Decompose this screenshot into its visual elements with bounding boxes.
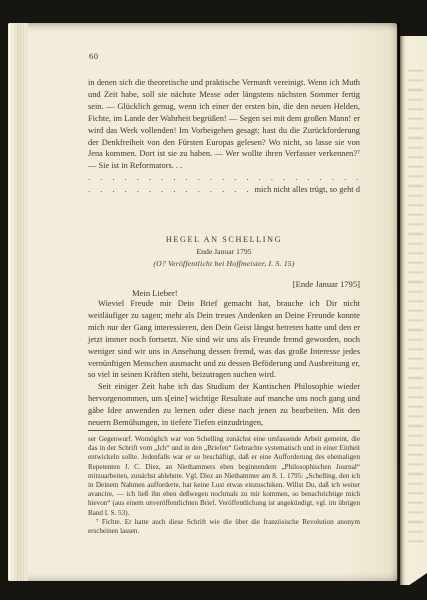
letter-title: HEGEL AN SCHELLING xyxy=(88,235,360,244)
footnote-7: ⁷ Fichte. Er hatte auch diese Schrift wi… xyxy=(88,518,360,536)
letter-heading-block: HEGEL AN SCHELLING Ende Januar 1795 (O? … xyxy=(88,235,360,268)
letter-date-line: Ende Januar 1795 xyxy=(88,247,360,256)
footnote-continuation: ser Gegenwurf. Womöglich war von Schelli… xyxy=(88,435,360,518)
letter-paragraph: Wieviel Freude mir Dein Brief gemacht ha… xyxy=(88,298,360,381)
photo-of-open-book: { "document": { "page_number": "60", "to… xyxy=(0,0,427,600)
page-gap-shadow xyxy=(397,23,400,583)
page-edge-stack xyxy=(8,23,28,581)
page-content: 60 in denen sich die theoretische und pr… xyxy=(88,23,360,581)
continuation-text: mich nicht alles trügt, so geht der xyxy=(255,185,360,194)
facing-page-text-stubs xyxy=(408,70,423,545)
ellipsis-dots: . . . . . . . . . . . . . . xyxy=(88,185,250,194)
ellipsis-row-with-text: . . . . . . . . . . . . . .mich nicht al… xyxy=(88,184,360,196)
page-number: 60 xyxy=(89,51,99,61)
ellipsis-dots: . . . . . . . . . . . . . . . . . . . . … xyxy=(88,173,360,182)
footnotes-block: ser Gegenwurf. Womöglich war von Schelli… xyxy=(88,435,360,536)
ellipsis-row: . . . . . . . . . . . . . . . . . . . . … xyxy=(88,172,360,184)
bracketed-date: [Ende Januar 1795] xyxy=(293,279,360,289)
book-page: 60 in denen sich die theoretische und pr… xyxy=(8,23,398,581)
letter-source-line: (O? Veröffentlicht bei Hoffmeister, I. S… xyxy=(88,259,360,268)
letter-paragraph: Seit einiger Zeit habe ich das Studium d… xyxy=(88,381,360,429)
salutation: Mein Lieber! xyxy=(132,288,178,298)
paragraph-text: in denen sich die theoretische und prakt… xyxy=(88,77,360,172)
carried-over-paragraph: in denen sich die theoretische und prakt… xyxy=(88,77,360,196)
footnote-separator-rule xyxy=(88,430,360,431)
facing-page-edge xyxy=(400,36,427,585)
letter-body: Wieviel Freude mir Dein Brief gemacht ha… xyxy=(88,298,360,429)
